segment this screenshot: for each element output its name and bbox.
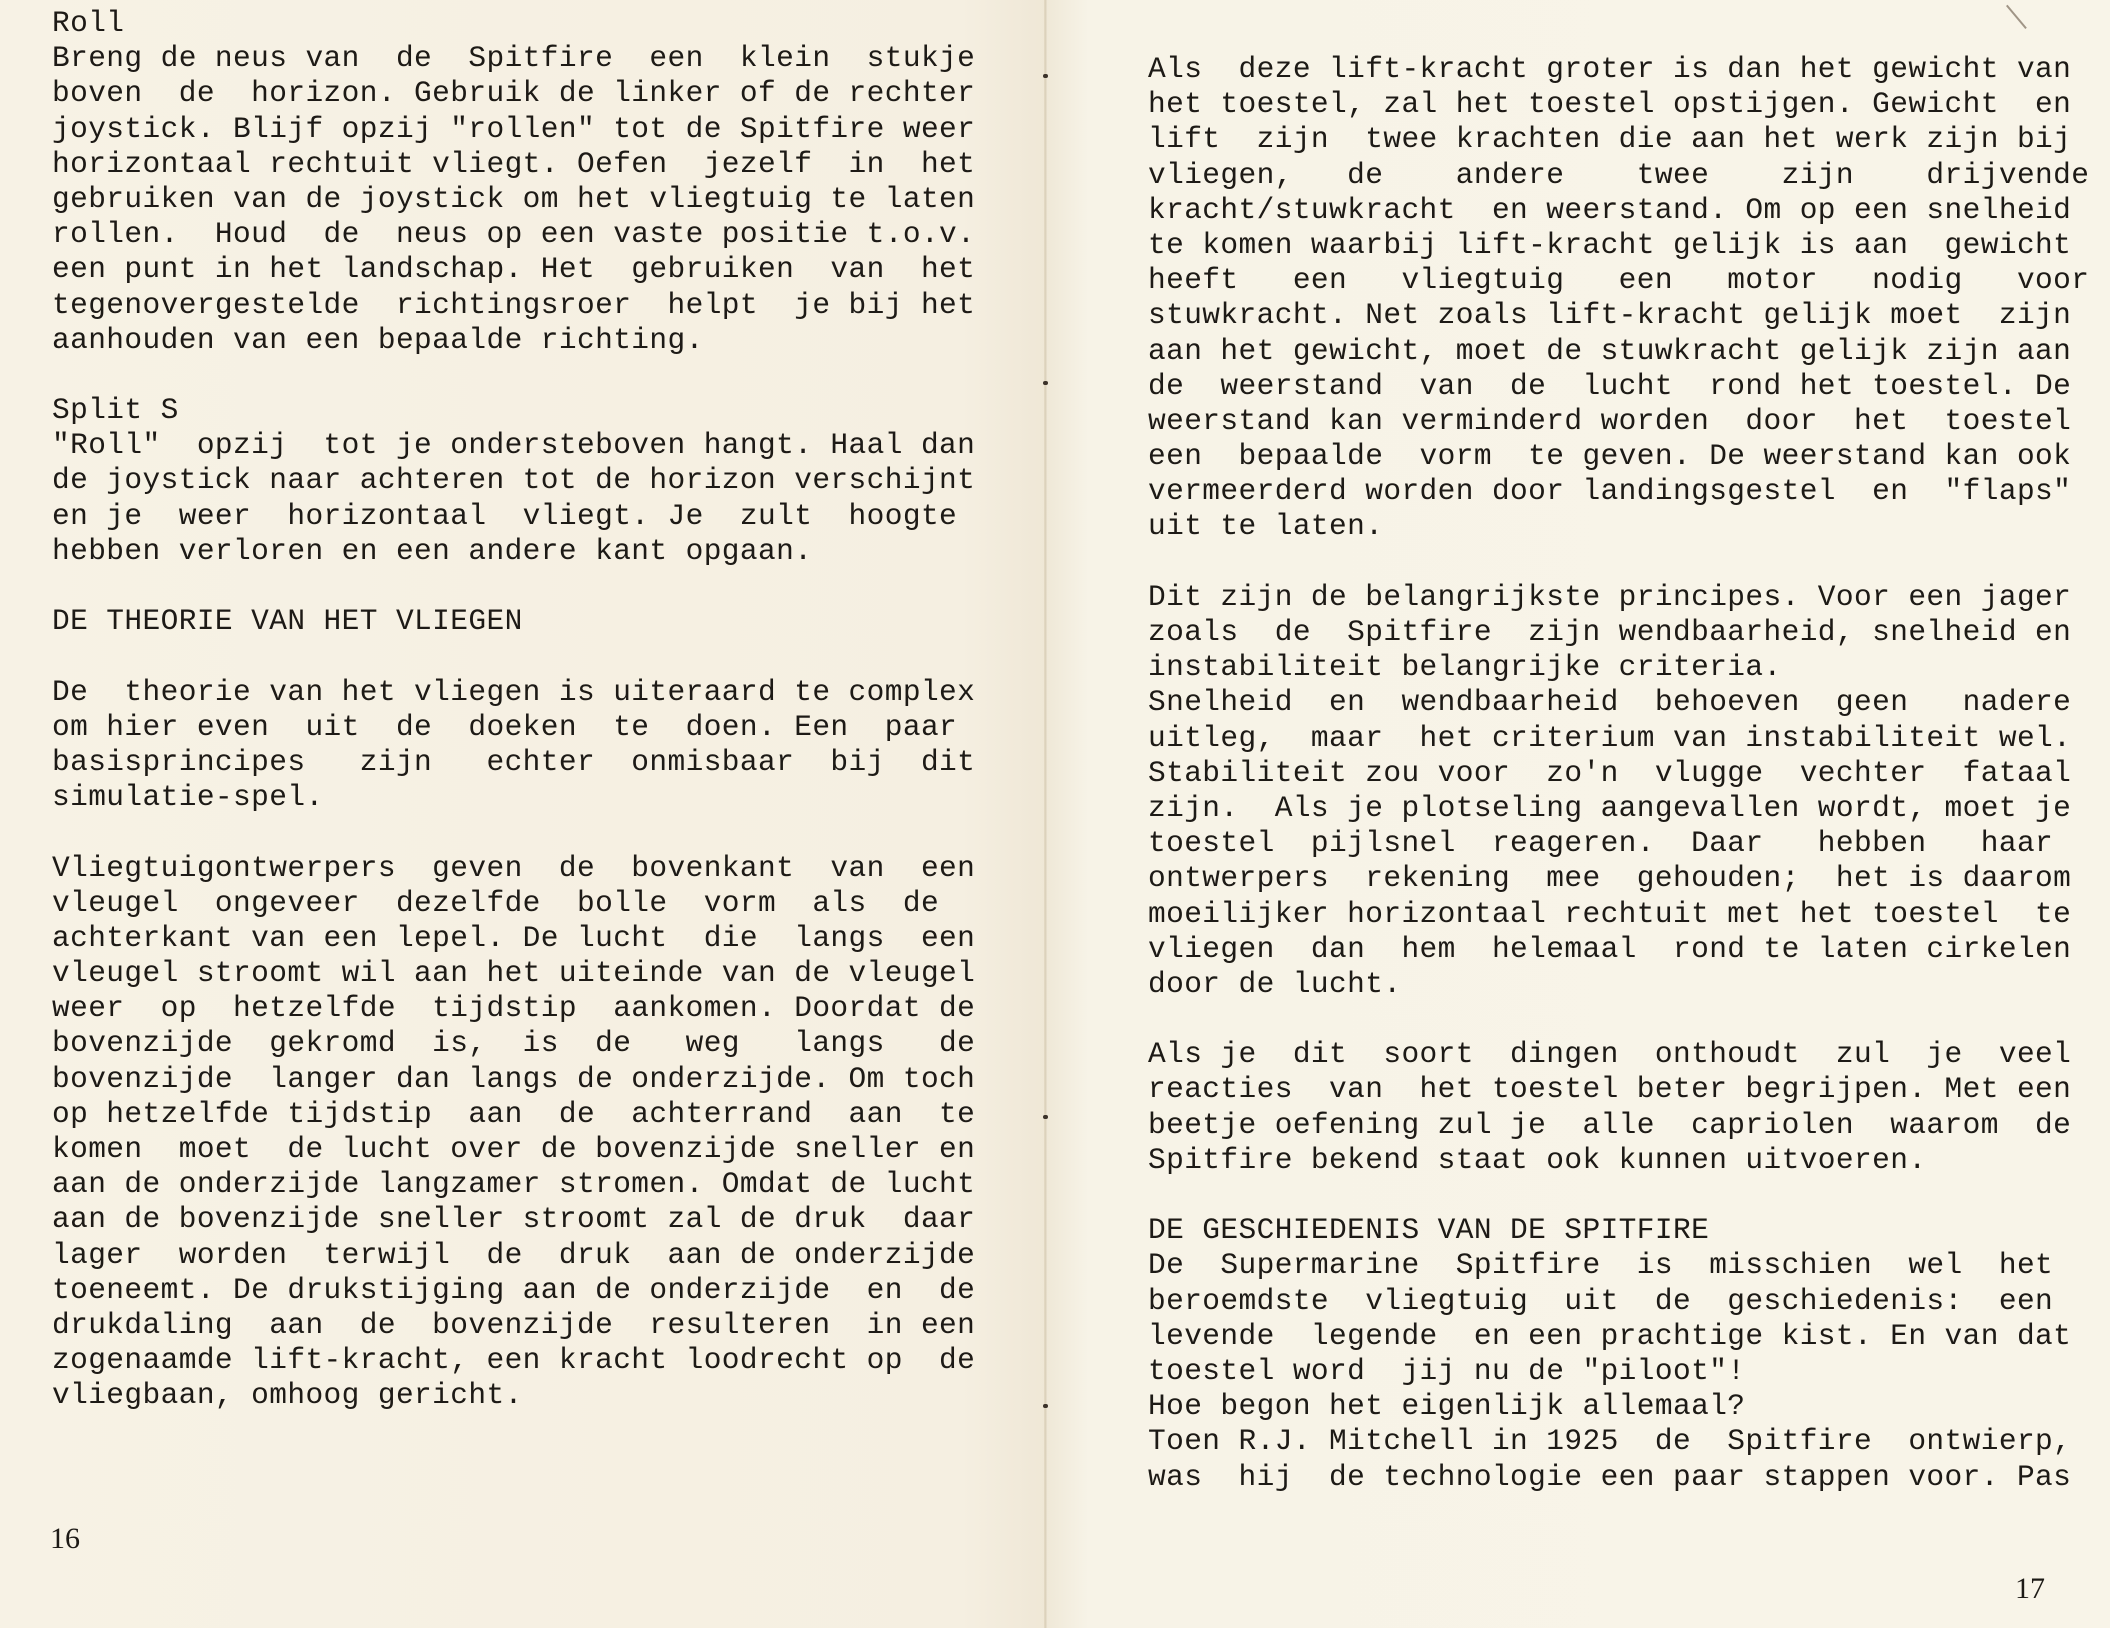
text-line: een bepaalde vorm te geven. De weerstand… — [1148, 439, 2053, 474]
text-line: te komen waarbij lift-kracht gelijk is a… — [1148, 228, 2053, 263]
text-line: moeilijker horizontaal rechtuit met het … — [1148, 897, 2053, 932]
section-heading: DE THEORIE VAN HET VLIEGEN — [52, 604, 950, 639]
text-line: Als je dit soort dingen onthoudt zul je … — [1148, 1037, 2053, 1072]
booklet-spread: RollBreng de neus van de Spitfire een kl… — [0, 0, 2110, 1628]
text-line: De Supermarine Spitfire is misschien wel… — [1148, 1248, 2053, 1283]
text-line: beroemdste vliegtuig uit de geschiedenis… — [1148, 1284, 2053, 1319]
text-line: lager worden terwijl de druk aan de onde… — [52, 1238, 950, 1273]
paragraph-gap — [1148, 1178, 2053, 1213]
text-line: joystick. Blijf opzij "rollen" tot de Sp… — [52, 112, 950, 147]
text-line: kracht/stuwkracht en weerstand. Om op ee… — [1148, 193, 2053, 228]
text-line: stuwkracht. Net zoals lift-kracht gelijk… — [1148, 298, 2053, 333]
paragraph-gap — [52, 569, 950, 604]
text-line: Dit zijn de belangrijkste principes. Voo… — [1148, 580, 2053, 615]
staple-mark — [1043, 1115, 1048, 1119]
text-line: door de lucht. — [1148, 967, 2053, 1002]
text-line: De theorie van het vliegen is uiteraard … — [52, 675, 950, 710]
text-line: zoals de Spitfire zijn wendbaarheid, sne… — [1148, 615, 2053, 650]
text-line: aan het gewicht, moet de stuwkracht geli… — [1148, 334, 2053, 369]
paragraph-gap — [1148, 1002, 2053, 1037]
text-line: gebruiken van de joystick om het vliegtu… — [52, 182, 950, 217]
text-line: de weerstand van de lucht rond het toest… — [1148, 369, 2053, 404]
text-line: reacties van het toestel beter begrijpen… — [1148, 1072, 2053, 1107]
staple-mark — [1043, 1404, 1048, 1408]
text-line: was hij de technologie een paar stappen … — [1148, 1460, 2053, 1495]
binding-fold — [1044, 0, 1047, 1628]
text-line: Stabiliteit zou voor zo'n vlugge vechter… — [1148, 756, 2053, 791]
text-line: zijn. Als je plotseling aangevallen word… — [1148, 791, 2053, 826]
text-line: vliegen, de andere twee zijn drijvende — [1148, 158, 2053, 193]
text-line: "Roll" opzij tot je ondersteboven hangt.… — [52, 428, 950, 463]
text-line: vliegen dan hem helemaal rond te laten c… — [1148, 932, 2053, 967]
text-line: bovenzijde gekromd is, is de weg langs d… — [52, 1026, 950, 1061]
text-line: Toen R.J. Mitchell in 1925 de Spitfire o… — [1148, 1424, 2053, 1459]
text-line: toestel word jij nu de "piloot"! — [1148, 1354, 2053, 1389]
text-line: boven de horizon. Gebruik de linker of d… — [52, 76, 950, 111]
text-line: tegenovergestelde richtingsroer helpt je… — [52, 288, 950, 323]
text-line: een punt in het landschap. Het gebruiken… — [52, 252, 950, 287]
text-line: heeft een vliegtuig een motor nodig voor — [1148, 263, 2053, 298]
page-16-text: RollBreng de neus van de Spitfire een kl… — [52, 6, 950, 1414]
text-line: aan de bovenzijde sneller stroomt zal de… — [52, 1202, 950, 1237]
page-17: Als deze lift-kracht groter is dan het g… — [1046, 0, 2110, 1628]
text-line: lift zijn twee krachten die aan het werk… — [1148, 122, 2053, 157]
text-line: weer op hetzelfde tijdstip aankomen. Doo… — [52, 991, 950, 1026]
paragraph-gap — [1148, 545, 2053, 580]
text-line: de joystick naar achteren tot de horizon… — [52, 463, 950, 498]
text-line: Spitfire bekend staat ook kunnen uitvoer… — [1148, 1143, 2053, 1178]
text-line: basisprincipes zijn echter onmisbaar bij… — [52, 745, 950, 780]
text-line: hebben verloren en een andere kant opgaa… — [52, 534, 950, 569]
text-line: vleugel stroomt wil aan het uiteinde van… — [52, 956, 950, 991]
text-line: uitleg, maar het criterium van instabili… — [1148, 721, 2053, 756]
paragraph-gap — [52, 358, 950, 393]
text-line: levende legende en een prachtige kist. E… — [1148, 1319, 2053, 1354]
text-line: toestel pijlsnel reageren. Daar hebben h… — [1148, 826, 2053, 861]
page-number-left: 16 — [50, 1522, 80, 1556]
text-line: aan de onderzijde langzamer stromen. Omd… — [52, 1167, 950, 1202]
text-line: weerstand kan verminderd worden door het… — [1148, 404, 2053, 439]
paragraph-gap — [52, 639, 950, 674]
section-heading: DE GESCHIEDENIS VAN DE SPITFIRE — [1148, 1213, 2053, 1248]
text-line: Vliegtuigontwerpers geven de bovenkant v… — [52, 851, 950, 886]
text-line: Snelheid en wendbaarheid behoeven geen n… — [1148, 685, 2053, 720]
text-line: uit te laten. — [1148, 509, 2053, 544]
text-line: aanhouden van een bepaalde richting. — [52, 323, 950, 358]
section-heading: Roll — [52, 6, 950, 41]
text-line: bovenzijde langer dan langs de onderzijd… — [52, 1062, 950, 1097]
text-line: vermeerderd worden door landingsgestel e… — [1148, 474, 2053, 509]
text-line: vliegbaan, omhoog gericht. — [52, 1378, 950, 1413]
text-line: Als deze lift-kracht groter is dan het g… — [1148, 52, 2053, 87]
paragraph-gap — [52, 815, 950, 850]
text-line: simulatie-spel. — [52, 780, 950, 815]
text-line: beetje oefening zul je alle capriolen wa… — [1148, 1108, 2053, 1143]
text-line: het toestel, zal het toestel opstijgen. … — [1148, 87, 2053, 122]
text-line: rollen. Houd de neus op een vaste positi… — [52, 217, 950, 252]
page-17-text: Als deze lift-kracht groter is dan het g… — [1148, 52, 2053, 1495]
page-16: RollBreng de neus van de Spitfire een kl… — [0, 0, 1046, 1628]
text-line: vleugel ongeveer dezelfde bolle vorm als… — [52, 886, 950, 921]
staple-mark — [1043, 381, 1048, 385]
text-line: en je weer horizontaal vliegt. Je zult h… — [52, 499, 950, 534]
text-line: toeneemt. De drukstijging aan de onderzi… — [52, 1273, 950, 1308]
text-line: instabiliteit belangrijke criteria. — [1148, 650, 2053, 685]
staple-mark — [1043, 74, 1048, 78]
text-line: Hoe begon het eigenlijk allemaal? — [1148, 1389, 2053, 1424]
text-line: zogenaamde lift-kracht, een kracht loodr… — [52, 1343, 950, 1378]
text-line: horizontaal rechtuit vliegt. Oefen jezel… — [52, 147, 950, 182]
text-line: op hetzelfde tijdstip aan de achterrand … — [52, 1097, 950, 1132]
section-heading: Split S — [52, 393, 950, 428]
text-line: om hier even uit de doeken te doen. Een … — [52, 710, 950, 745]
text-line: drukdaling aan de bovenzijde resulteren … — [52, 1308, 950, 1343]
text-line: komen moet de lucht over de bovenzijde s… — [52, 1132, 950, 1167]
page-number-right: 17 — [2015, 1572, 2045, 1606]
text-line: ontwerpers rekening mee gehouden; het is… — [1148, 861, 2053, 896]
text-line: achterkant van een lepel. De lucht die l… — [52, 921, 950, 956]
text-line: Breng de neus van de Spitfire een klein … — [52, 41, 950, 76]
